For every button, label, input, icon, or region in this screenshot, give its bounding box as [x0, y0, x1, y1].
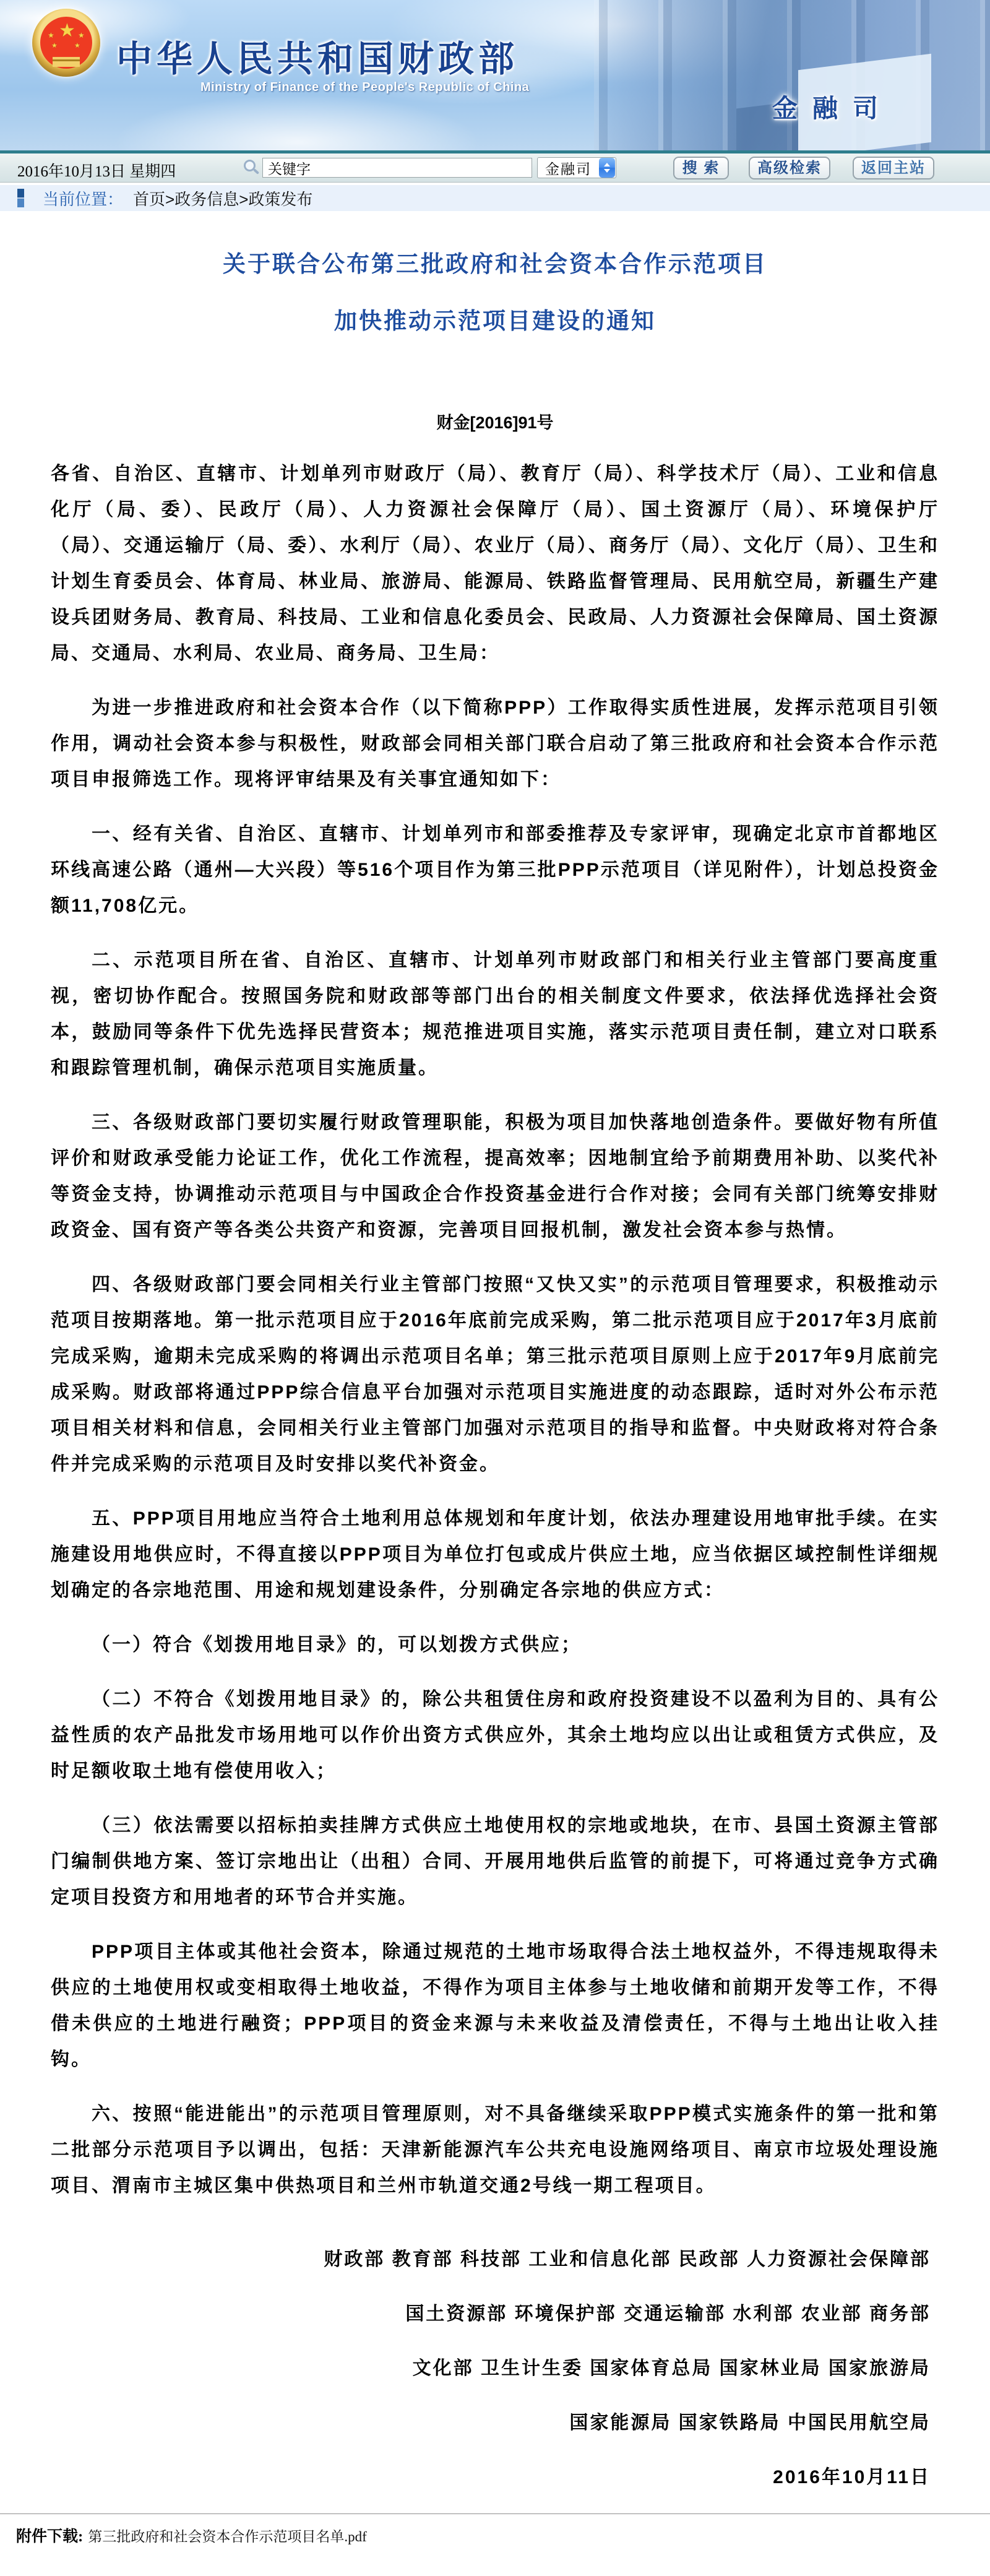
site-banner: ★ ★ ★ ★ ★ 中华人民共和国财政部 Ministry of Finance…	[0, 0, 990, 150]
department-select[interactable]: 金融司	[537, 157, 616, 178]
doc-paragraph: 五、PPP项目用地应当符合土地利用总体规划和年度计划，依法办理建设用地审批手续。…	[51, 1501, 939, 1609]
doc-paragraph: 二、示范项目所在省、自治区、直辖市、计划单列市财政部门和相关行业主管部门要高度重…	[51, 943, 939, 1086]
return-main-site-button[interactable]: 返回主站	[853, 157, 934, 179]
document-body: 关于联合公布第三批政府和社会资本合作示范项目 加快推动示范项目建设的通知 财金[…	[0, 236, 990, 2505]
document-paragraphs: 各省、自治区、直辖市、计划单列市财政厅（局）、教育厅（局）、科学技术厅（局）、工…	[51, 456, 939, 2204]
doc-paragraph: （二）不符合《划拨用地目录》的，除公共租赁住房和政府投资建设不以盈利为目的、具有…	[51, 1682, 939, 1789]
ministry-title-en: Ministry of Finance of the People's Repu…	[200, 80, 529, 95]
location-marker-icon	[17, 189, 24, 207]
doc-paragraph: PPP项目主体或其他社会资本，除通过规范的土地市场取得合法土地权益外，不得违规取…	[51, 1934, 939, 2078]
emblem-star-icon: ★	[48, 31, 54, 40]
building-photo-decoration	[594, 0, 990, 150]
doc-paragraph: （三）依法需要以招标拍卖挂牌方式供应土地使用权的宗地或地块，在市、县国土资源主管…	[51, 1808, 939, 1916]
doc-paragraph: 四、各级财政部门要会同相关行业主管部门按照“又快又实”的示范项目管理要求，积极推…	[51, 1267, 939, 1482]
breadcrumb: 当前位置： 首页>政务信息>政策发布	[0, 185, 990, 211]
page: ★ ★ ★ ★ ★ 中华人民共和国财政部 Ministry of Finance…	[0, 0, 990, 2565]
doc-paragraph-recipients: 各省、自治区、直辖市、计划单列市财政厅（局）、教育厅（局）、科学技术厅（局）、工…	[51, 456, 939, 672]
current-date-text: 2016年10月13日 星期四	[17, 159, 176, 181]
doc-paragraph: 三、各级财政部门要切实履行财政管理职能，积极为项目加快落地创造条件。要做好物有所…	[51, 1105, 939, 1248]
search-magnifier-icon	[244, 160, 260, 176]
doc-paragraph: 为进一步推进政府和社会资本合作（以下简称PPP）工作取得实质性进展，发挥示范项目…	[51, 690, 939, 798]
signature-date: 2016年10月11日	[51, 2450, 931, 2505]
attachment-pdf-link[interactable]: 第三批政府和社会资本合作示范项目名单.pdf	[88, 2525, 366, 2546]
doc-paragraph: 六、按照“能进能出”的示范项目管理原则，对不具备继续采取PPP模式实施条件的第一…	[51, 2096, 939, 2204]
doc-paragraph: （一）符合《划拨用地目录》的，可以划拨方式供应；	[51, 1627, 939, 1663]
emblem-star-icon: ★	[78, 31, 85, 40]
breadcrumb-path[interactable]: 首页>政务信息>政策发布	[133, 187, 312, 210]
attachment-label: 附件下载:	[16, 2524, 83, 2546]
breadcrumb-label: 当前位置：	[43, 187, 123, 210]
page-title: 关于联合公布第三批政府和社会资本合作示范项目 加快推动示范项目建设的通知	[51, 236, 939, 350]
prc-national-emblem-icon: ★ ★ ★ ★ ★	[31, 7, 101, 88]
department-badge: 金融司	[772, 88, 893, 124]
attachment-bar: 附件下载: 第三批政府和社会资本合作示范项目名单.pdf	[0, 2513, 990, 2565]
search-input[interactable]	[262, 158, 532, 178]
department-select-value: 金融司	[538, 158, 599, 178]
signatory-line: 文化部 卫生计生委 国家体育总局 国家林业局 国家旅游局	[51, 2341, 931, 2396]
signatory-line: 财政部 教育部 科技部 工业和信息化部 民政部 人力资源社会保障部	[51, 2232, 931, 2287]
emblem-star-icon: ★	[74, 41, 80, 50]
advanced-search-button[interactable]: 高级检索	[749, 157, 830, 179]
signatory-line: 国土资源部 环境保护部 交通运输部 水利部 农业部 商务部	[51, 2287, 931, 2341]
chevron-up-icon	[604, 163, 610, 166]
page-title-line1: 关于联合公布第三批政府和社会资本合作示范项目	[51, 236, 939, 293]
chevron-down-icon	[604, 169, 610, 173]
document-number: 财金[2016]91号	[51, 412, 939, 434]
select-spinner-icon[interactable]	[599, 158, 615, 178]
ministry-title-cn: 中华人民共和国财政部	[116, 30, 519, 82]
page-title-line2: 加快推动示范项目建设的通知	[51, 293, 939, 350]
breadcrumb-wrap: 当前位置： 首页>政务信息>政策发布	[0, 183, 990, 211]
emblem-gate	[53, 57, 80, 67]
emblem-star-icon: ★	[59, 20, 75, 41]
search-toolbar: 2016年10月13日 星期四 金融司 搜 索 高级检索 返回主站	[0, 153, 990, 183]
emblem-star-icon: ★	[51, 41, 58, 50]
search-button[interactable]: 搜 索	[673, 157, 729, 179]
signatory-line: 国家能源局 国家铁路局 中国民用航空局	[51, 2396, 931, 2450]
signature-block: 财政部 教育部 科技部 工业和信息化部 民政部 人力资源社会保障部 国土资源部 …	[51, 2232, 939, 2505]
doc-paragraph: 一、经有关省、自治区、直辖市、计划单列市和部委推荐及专家评审，现确定北京市首都地…	[51, 816, 939, 924]
